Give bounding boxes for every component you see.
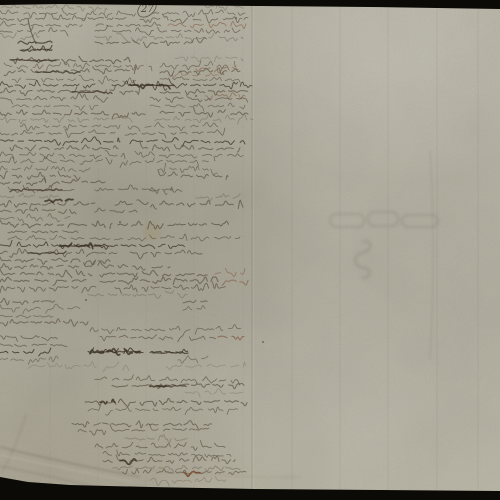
scanned-manuscript-view: 27: [0, 0, 500, 500]
scan-grain-texture: [0, 0, 500, 500]
manuscript-art-layer: 27: [0, 0, 500, 500]
manuscript-page: 27: [0, 0, 500, 500]
